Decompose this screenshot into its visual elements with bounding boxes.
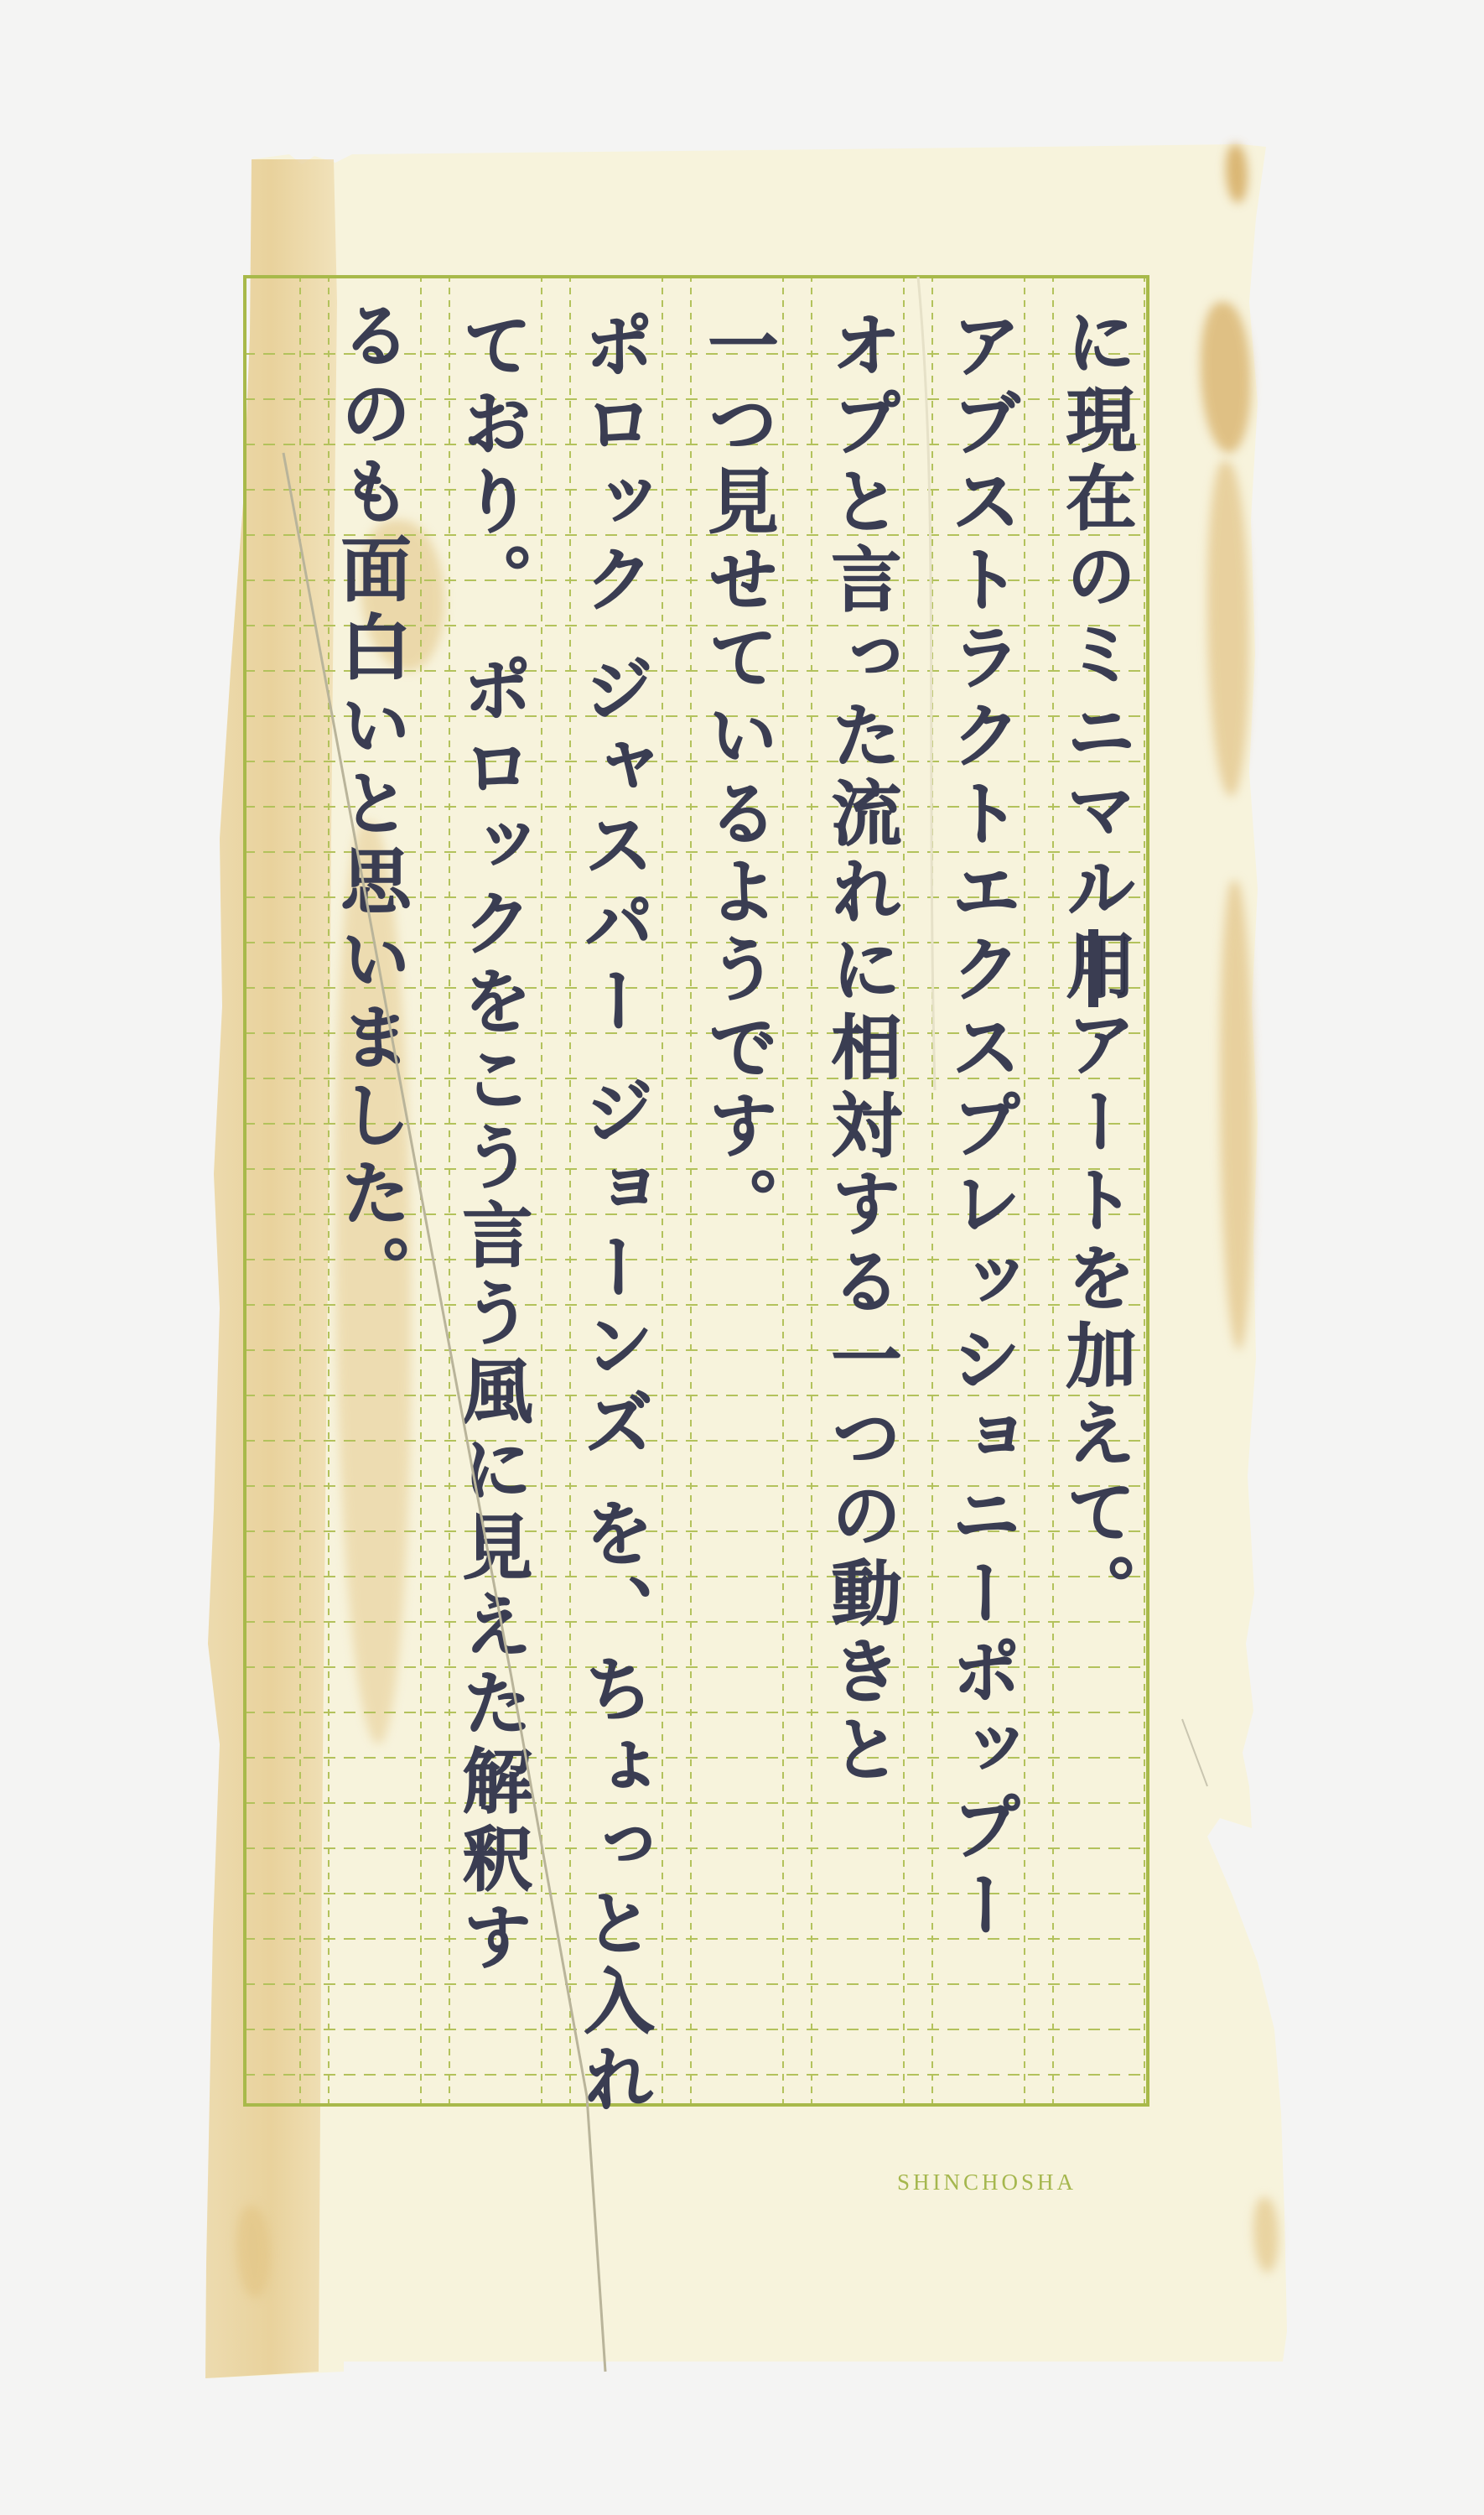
paper-imprint: SHINCHOSHA <box>897 2169 1077 2195</box>
manuscript-sheet: に現在のミニマル用アートを加えて。 アブストラクトエクスプレッショニーポップー … <box>0 0 1484 2515</box>
paper-overlap-seam <box>0 0 1484 2515</box>
